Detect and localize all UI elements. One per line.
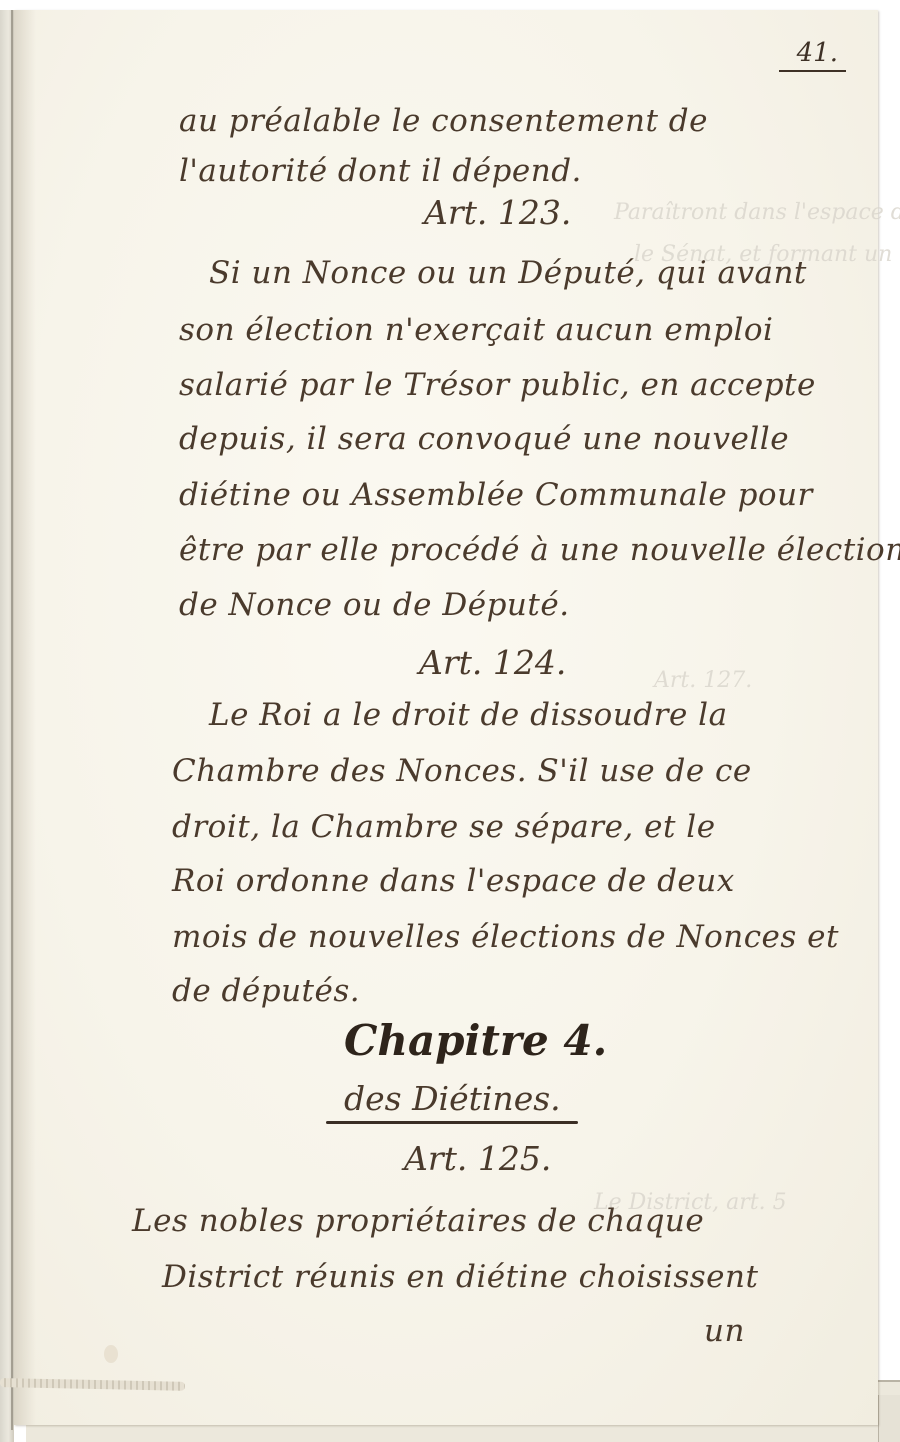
text-line: salarié par le Trésor public, en accepte	[179, 370, 816, 401]
text-line: Roi ordonne dans l'espace de deux	[172, 866, 735, 897]
article-heading: Art. 125.	[404, 1142, 551, 1175]
article-heading: Art. 124.	[419, 646, 566, 679]
page-number: 41.	[779, 38, 846, 72]
chapter-subtitle: des Diétines.	[344, 1082, 561, 1115]
text-line: être par elle procédé à une nouvelle éle…	[179, 535, 900, 566]
manuscript-page: Paraîtront dans l'espace de le Sénat, et…	[14, 10, 878, 1425]
page-gutter-shadow	[14, 10, 36, 1425]
bleed-through-text: Art. 127.	[654, 668, 752, 693]
text-line: Le Roi a le droit de dissoudre la	[209, 700, 728, 731]
text-line: District réunis en diétine choisissent	[162, 1262, 758, 1293]
paper-stain	[104, 1345, 118, 1363]
text-line: Si un Nonce ou un Député, qui avant	[209, 258, 807, 289]
text-line: de Nonce ou de Député.	[179, 590, 570, 621]
bleed-through-text: Paraîtront dans l'espace de	[614, 200, 900, 225]
text-line: de députés.	[172, 976, 360, 1007]
text-line: Chambre des Nonces. S'il use de ce	[172, 756, 752, 787]
text-line: droit, la Chambre se sépare, et le	[172, 812, 716, 843]
text-line: son élection n'exerçait aucun emploi	[179, 315, 773, 346]
chapter-heading: Chapitre 4.	[344, 1020, 607, 1062]
text-line: au préalable le consentement de	[179, 106, 708, 137]
text-line: diétine ou Assemblée Communale pour	[179, 480, 813, 511]
chapter-underline	[326, 1121, 578, 1124]
text-line: Les nobles propriétaires de chaque	[132, 1206, 704, 1237]
article-heading: Art. 123.	[424, 196, 571, 229]
binding-edge	[11, 10, 13, 1430]
text-line: depuis, il sera convoqué une nouvelle	[179, 424, 789, 455]
underlying-sheet-right	[878, 1395, 900, 1442]
catchword: un	[704, 1316, 745, 1347]
text-line: mois de nouvelles élections de Nonces et	[172, 922, 839, 953]
text-line: l'autorité dont il dépend.	[179, 156, 582, 187]
manuscript-viewport: Paraîtront dans l'espace de le Sénat, et…	[0, 0, 900, 1442]
